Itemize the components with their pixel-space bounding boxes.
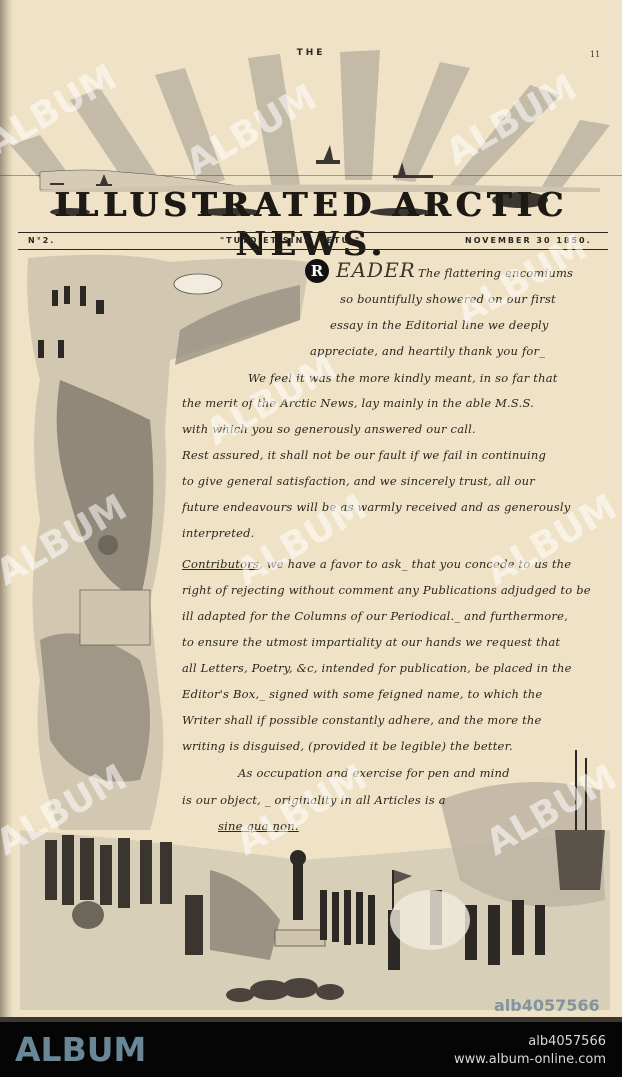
article-line: is our object, _ originality in all Arti… bbox=[182, 793, 446, 807]
article-line: Rest assured, it shall not be our fault … bbox=[182, 448, 546, 462]
album-logo[interactable]: ALBUM bbox=[15, 1030, 146, 1069]
article-line: We feel it was the more kindly meant, in… bbox=[248, 371, 558, 385]
article-line: so bountifully showered on our first bbox=[340, 292, 556, 306]
issue-number: N°2. bbox=[28, 236, 55, 245]
footer-image-id: alb4057566 bbox=[528, 1034, 606, 1049]
watermark-image-id: alb4057566 bbox=[494, 996, 600, 1015]
motto: "TUTO ET SINE METU." bbox=[220, 236, 361, 245]
dropcap-r: R bbox=[305, 259, 329, 283]
article-line: ill adapted for the Columns of our Perio… bbox=[182, 609, 568, 623]
article-line: with which you so generously answered ou… bbox=[182, 422, 476, 436]
article-line: to ensure the utmost impartiality at our… bbox=[182, 635, 560, 649]
masthead-title: ILLUSTRATED ARCTIC NEWS. bbox=[0, 185, 622, 263]
article-line-text: , we have a favor to ask_ that you conce… bbox=[259, 557, 571, 571]
article-line: writing is disguised, (provided it be le… bbox=[182, 739, 513, 753]
article-line: interpreted. bbox=[182, 526, 255, 540]
article-line: all Letters, Poetry, &c, intended for pu… bbox=[182, 661, 572, 675]
article-line: to give general satisfaction, and we sin… bbox=[182, 474, 535, 488]
page-number: 11 bbox=[590, 50, 600, 59]
article-line: essay in the Editorial line we deeply bbox=[330, 318, 549, 332]
footer-url-link[interactable]: www.album-online.com bbox=[454, 1052, 606, 1067]
article-line: right of rejecting without comment any P… bbox=[182, 583, 591, 597]
article-line: the merit of the Arctic News, lay mainly… bbox=[182, 396, 534, 410]
masthead-the: THE bbox=[0, 48, 622, 58]
dropcap-rest: EADER bbox=[336, 258, 416, 282]
dateline-top-rule bbox=[18, 232, 608, 233]
article-line: sine qua non. bbox=[218, 819, 299, 833]
article-line: As occupation and exercise for pen and m… bbox=[238, 766, 510, 780]
newspaper-page: THE 11 ILLUSTRATED ARCTIC NEWS. N°2. "TU… bbox=[0, 0, 622, 1022]
article-line: Editor's Box,_ signed with some feigned … bbox=[182, 687, 542, 701]
footer-bar: ALBUM alb4057566 www.album-online.com bbox=[0, 1022, 622, 1077]
article-line: Writer shall if possible constantly adhe… bbox=[182, 713, 542, 727]
article-line: appreciate, and heartily thank you for_ bbox=[310, 344, 545, 358]
article-line: Contributors, we have a favor to ask_ th… bbox=[182, 557, 571, 571]
contributors-heading: Contributors bbox=[182, 557, 259, 571]
dateline-bottom-rule bbox=[18, 249, 608, 250]
issue-date: NOVEMBER 30 1850. bbox=[465, 236, 592, 245]
article-line: The flattering encomiums bbox=[418, 266, 573, 280]
article-line: future endeavours will be as warmly rece… bbox=[182, 500, 570, 514]
